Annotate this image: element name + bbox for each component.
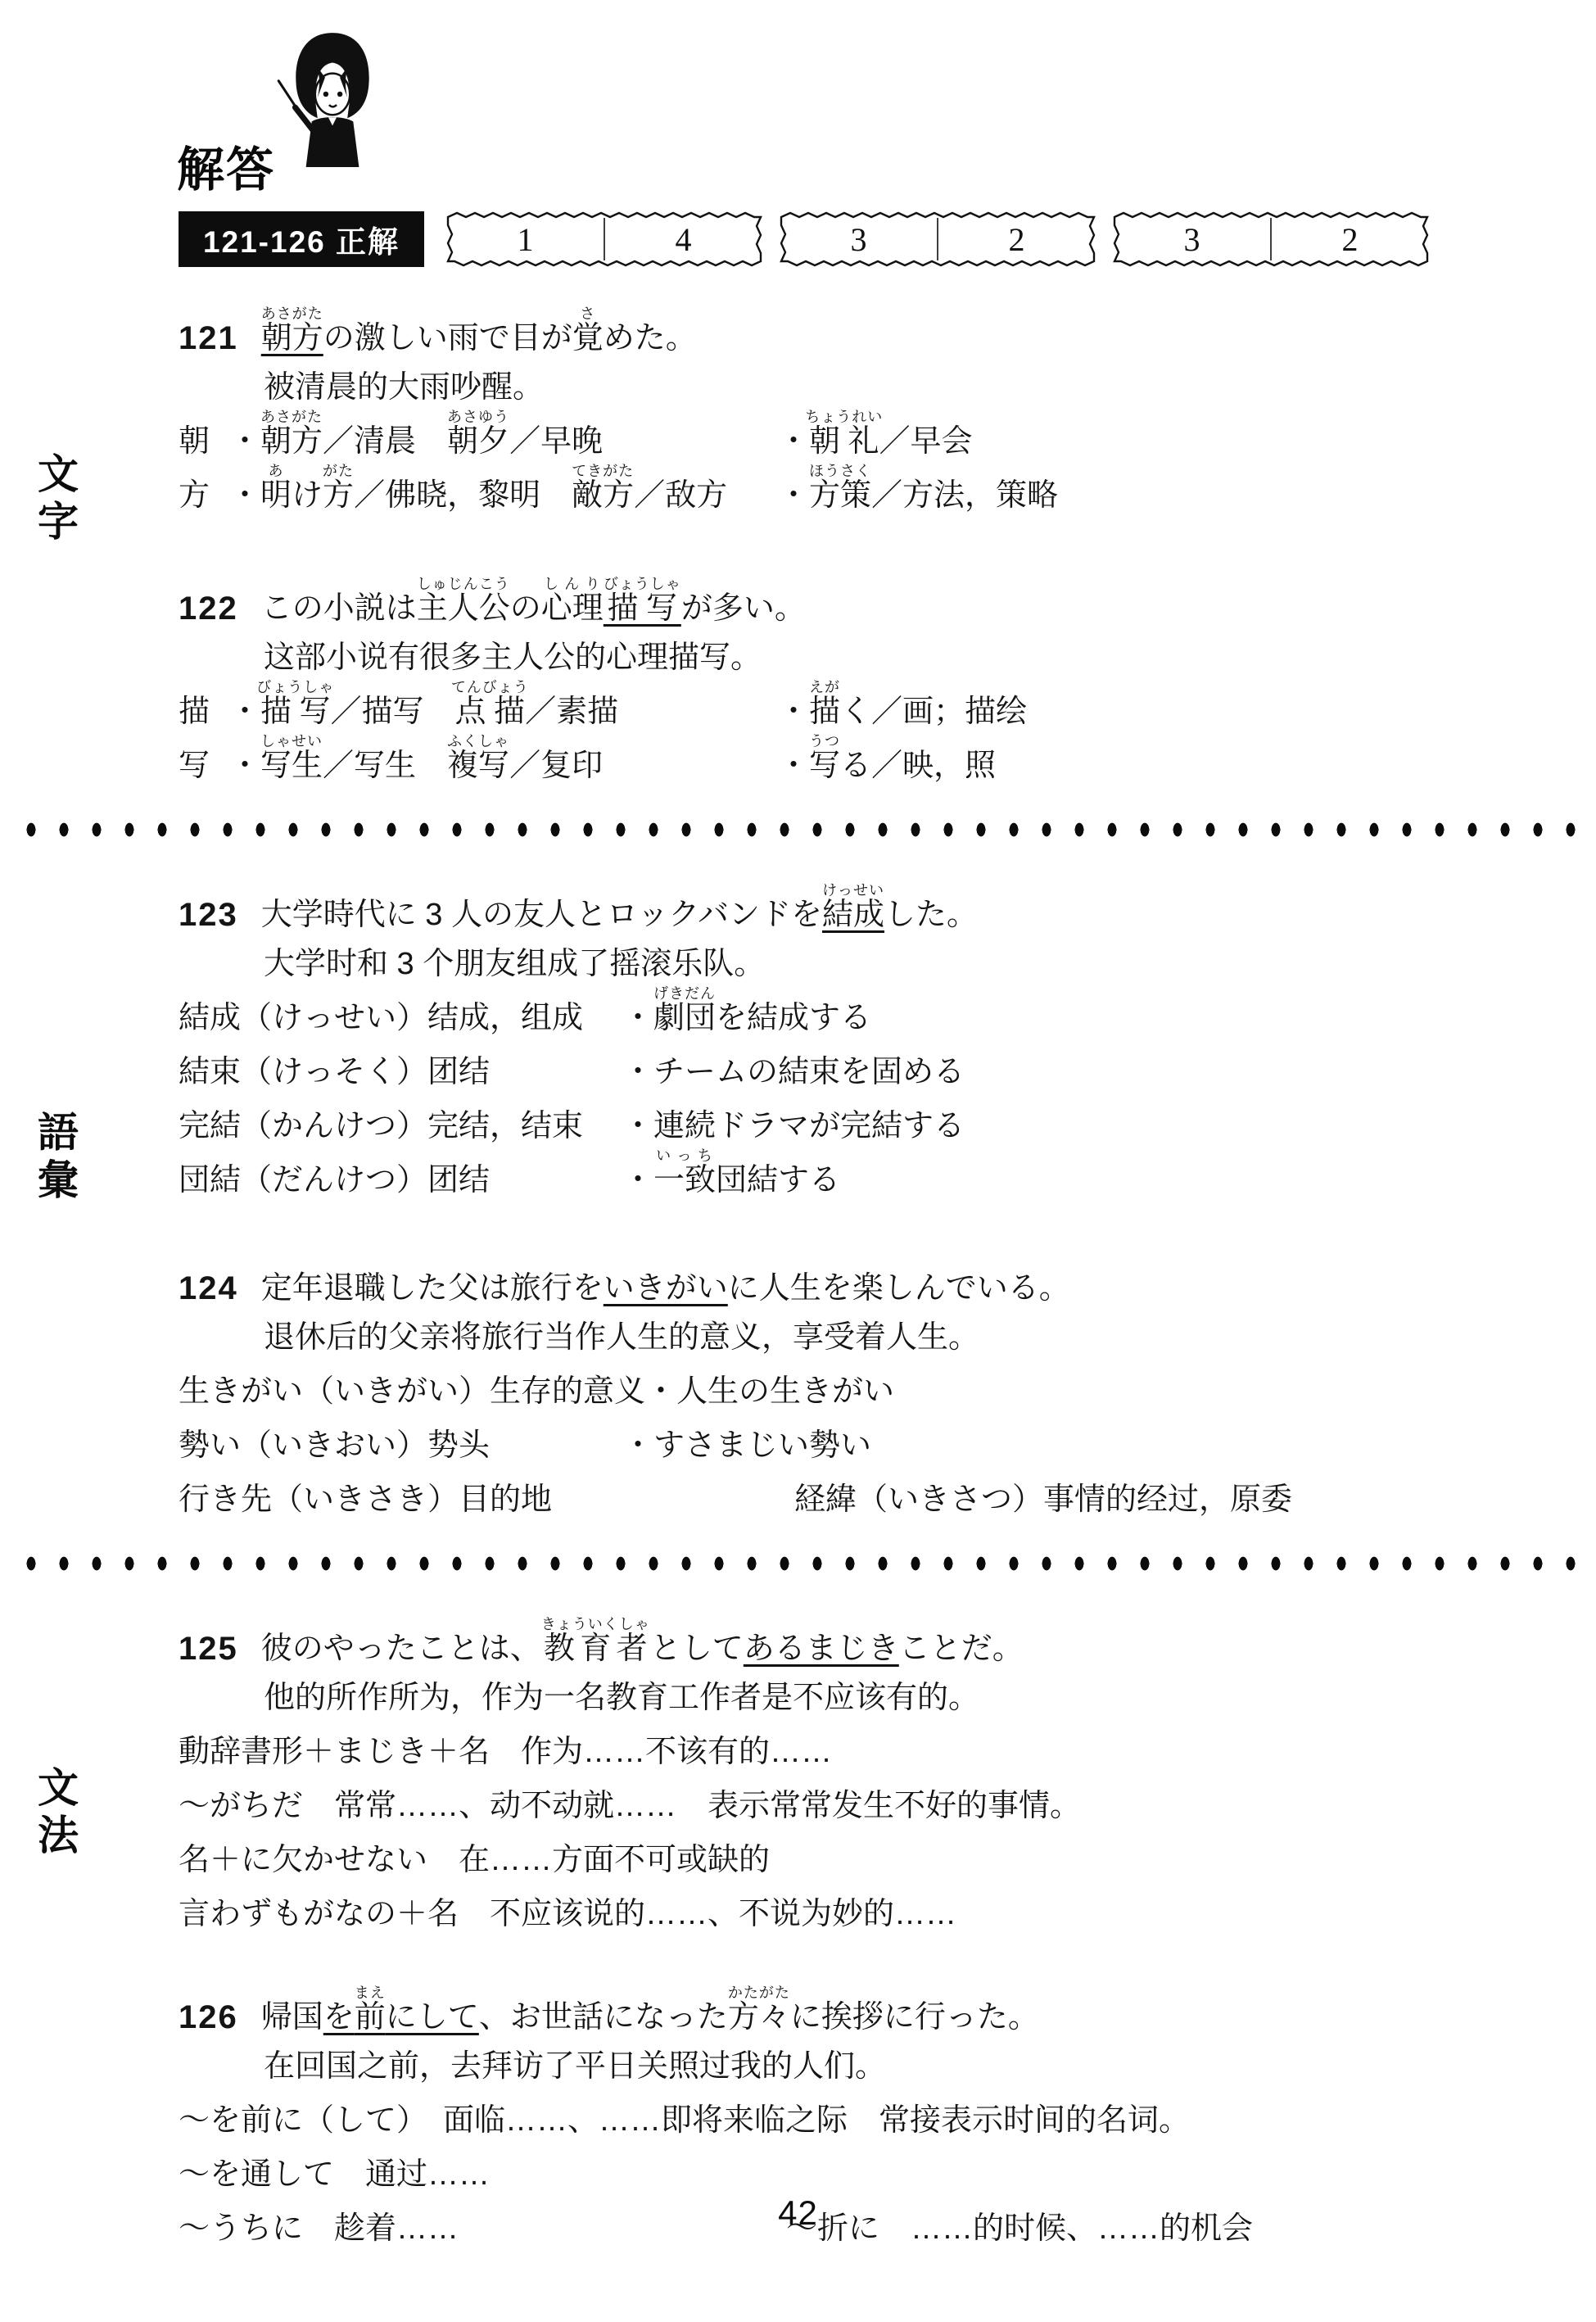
explanation-column: ・朝礼ちょうれい／早会: [778, 409, 973, 460]
explanation-row: 勢い（いきおい）势头・すさまじい勢い: [179, 1410, 1522, 1464]
explanation-column: ・描えがく／画；描绘: [778, 679, 1027, 731]
answer-item-121: 121朝方あさがたの激しい雨で目が覚さめた。被清晨的大雨吵醒。朝・朝方あさがた／…: [179, 290, 1522, 514]
text-segment: 団結する: [716, 1163, 840, 1197]
text-segment: ／佛晓，黎明: [354, 478, 572, 513]
ruby-annotated-word: 主人公しゅじんこう: [417, 576, 510, 627]
section-語彙: 123大学時代に 3 人の友人とロックバンドを結成けっせいした。大学时和 3 个…: [179, 867, 1522, 1519]
explanation-column: ・写うつる／映，照: [778, 733, 996, 785]
underlined-answer-word: 結成けっせい: [822, 882, 884, 934]
text-segment: ・: [229, 749, 260, 783]
ruby-annotated-word: 覚さ: [572, 306, 604, 357]
text-segment: ／敌方: [634, 478, 727, 513]
answer-item-122: 122この小説は主人公しゅじんこうの心理しんり 描写びょうしゃが多い。这部小说有…: [179, 560, 1522, 785]
explanation-row: 生きがい（いきがい）生存的意义・人生の生きがい: [179, 1356, 1522, 1410]
explanation-row: 描・描写びょうしゃ／描写 点描てんびょう／素描・描えがく／画；描绘: [179, 677, 1522, 731]
ruby-annotated-word: 結成けっせい: [822, 898, 884, 932]
underlined-answer-word: を: [323, 1991, 355, 2036]
text-segment: の激しい雨で目が: [323, 312, 572, 357]
answer-key-range-label: 121-126 正解: [179, 211, 424, 267]
text-segment: ・: [229, 478, 260, 513]
text-segment: 帰国: [261, 1991, 323, 2036]
explanation-column: 行き先（いきさき）目的地: [179, 1473, 794, 1519]
explanation-column: ・描写びょうしゃ／描写 点描てんびょう／素描: [229, 679, 778, 731]
text-segment: ～がちだ 常常……、动不动就…… 表示常常发生不好的事情。: [179, 1789, 1081, 1823]
text-segment: を: [323, 2000, 355, 2035]
chinese-translation: 被清晨的大雨吵醒。: [264, 357, 1522, 406]
text-segment: ことだ。: [899, 1623, 1024, 1668]
answer-item-124: 124定年退職した父は旅行をいきがいに人生を楽しんでいる。退休后的父亲将旅行当作…: [179, 1240, 1522, 1519]
ruby-annotated-word: 描えが: [809, 695, 840, 729]
explanation-column: 勢い（いきおい）势头: [179, 1419, 622, 1464]
text-segment: にして: [386, 2000, 479, 2035]
ruby-annotated-word: 描写びょうしゃ: [604, 591, 681, 626]
chinese-translation: 在回国之前，去拜访了平日关照过我的人们。: [264, 2036, 1522, 2085]
explanation-column: ・人生の生きがい: [645, 1365, 894, 1410]
text-segment: ／复印: [509, 749, 603, 783]
text-segment: ・: [622, 1001, 653, 1035]
sidebar-section-moji: 文字: [34, 452, 75, 547]
question-sentence: 126帰国を前まえにして、お世話になった方々かたがたに挨拶に行った。: [179, 1969, 1522, 2036]
answer-value: 2: [1271, 211, 1429, 267]
kanji-headword: 方: [179, 469, 218, 514]
text-segment: 経緯（いきさつ）事情的经过，原委: [794, 1482, 1292, 1517]
ruby-annotated-word: 点描てんびょう: [455, 695, 526, 729]
text-segment: ・: [229, 424, 260, 459]
explanation-column: 結成（けっせい）结成，组成: [179, 992, 622, 1037]
text-segment: いきがい: [604, 1271, 728, 1306]
answer-value: 2: [938, 211, 1096, 267]
text-segment: る／映，照: [840, 749, 996, 783]
explanation-column: 経緯（いきさつ）事情的经过，原委: [794, 1473, 1292, 1519]
pointing-teacher-girl-icon: [270, 28, 395, 177]
explanation-column: 動辞書形＋まじき＋名 作为……不该有的……: [179, 1726, 832, 1771]
chinese-translation: 大学时和 3 个朋友组成了摇滚乐队。: [264, 934, 1522, 983]
ruby-annotated-word: 明あ: [260, 478, 292, 513]
text-segment: を結成する: [716, 1001, 871, 1035]
ruby-annotated-word: 方々かたがた: [728, 1985, 790, 2036]
ruby-annotated-word: 方策ほうさく: [809, 478, 871, 513]
explanation-column: ・劇団げきだんを結成する: [622, 985, 871, 1037]
underlined-answer-word: 朝方あさがた: [261, 306, 323, 357]
question-sentence: 124定年退職した父は旅行をいきがいに人生を楽しんでいる。: [179, 1240, 1522, 1307]
section-文法: 125彼のやったことは、教育者きょういくしゃとしてあるまじきことだ。他的所作所为…: [179, 1600, 1522, 2247]
text-segment: 生きがい（いきがい）生存的意义: [179, 1374, 645, 1409]
answer-item-123: 123大学時代に 3 人の友人とロックバンドを結成けっせいした。大学时和 3 个…: [179, 867, 1522, 1199]
text-segment: 大学時代に 3 人の友人とロックバンドを: [261, 889, 822, 934]
explanation-column: ・明あけ方がた／佛晓，黎明 敵方てきがた／敌方: [229, 463, 778, 514]
answer-item-125: 125彼のやったことは、教育者きょういくしゃとしてあるまじきことだ。他的所作所为…: [179, 1600, 1522, 1933]
explanation-column: ・朝方あさがた／清晨 朝夕あさゆう／早晚: [229, 409, 778, 460]
ruby-annotated-word: 複写ふくしゃ: [447, 749, 509, 783]
kanji-headword: 描: [179, 686, 218, 731]
text-segment: 、お世話になった: [479, 1991, 728, 2036]
explanation-row: 名＋に欠かせない 在……方面不可或缺的: [179, 1825, 1522, 1879]
text-segment: 結束（けっそく）团结: [179, 1055, 490, 1089]
ruby-annotated-word: 描写びょうしゃ: [260, 695, 331, 729]
kanji-headword: 写: [179, 740, 218, 785]
text-segment: ／素描: [525, 695, 618, 729]
question-sentence: 122この小説は主人公しゅじんこうの心理しんり 描写びょうしゃが多い。: [179, 560, 1522, 627]
explanation-column: ・連続ドラマが完結する: [622, 1100, 965, 1145]
sidebar-section-bunpou: 文法: [34, 1766, 75, 1861]
answer-box: 14: [446, 211, 762, 267]
text-segment: ・連続ドラマが完結する: [622, 1109, 965, 1143]
underlined-answer-word: 描写びょうしゃ: [604, 576, 681, 627]
page-title: 解答: [177, 131, 275, 200]
explanation-row: ～がちだ 常常……、动不动就…… 表示常常发生不好的事情。: [179, 1771, 1522, 1825]
explanation-column: ・すさまじい勢い: [622, 1419, 871, 1464]
explanation-row: 行き先（いきさき）目的地経緯（いきさつ）事情的经过，原委: [179, 1464, 1522, 1519]
explanation-column: ～を前に（して） 面临……、……即将来临之际 常接表示时间的名词。: [179, 2094, 1190, 2139]
explanation-column: 言わずもがなの＋名 不应该说的……、不说为妙的……: [179, 1888, 956, 1933]
ruby-annotated-word: 心理しんり: [541, 576, 604, 627]
ruby-annotated-word: 教育者きょういくしゃ: [541, 1616, 650, 1668]
answer-box: 32: [780, 211, 1096, 267]
text-segment: この小説は: [261, 582, 417, 627]
explanation-column: ・チームの結束を固める: [622, 1046, 965, 1091]
ruby-annotated-word: 敵方てきがた: [572, 478, 634, 513]
text-segment: ・人生の生きがい: [645, 1374, 894, 1409]
text-segment: ／写生: [323, 749, 447, 783]
ruby-annotated-word: 前まえ: [355, 2000, 386, 2035]
text-segment: ／早会: [879, 424, 973, 459]
explanation-column: ・一致いっち団結する: [622, 1147, 840, 1199]
text-segment: 定年退職した父は旅行を: [261, 1262, 604, 1307]
chinese-translation: 退休后的父亲将旅行当作人生的意义，享受着人生。: [264, 1307, 1522, 1356]
text-segment: が多い。: [681, 582, 806, 627]
text-segment: ／早晚: [509, 424, 603, 459]
text-segment: ・: [778, 695, 809, 729]
explanation-row: 動辞書形＋まじき＋名 作为……不该有的……: [179, 1717, 1522, 1771]
answer-value: 4: [604, 211, 762, 267]
dotted-divider: [15, 822, 1587, 837]
explanation-column: 結束（けっそく）团结: [179, 1046, 622, 1091]
text-segment: 行き先（いきさき）目的地: [179, 1482, 552, 1517]
explanation-row: 完結（かんけつ）完结，结束・連続ドラマが完結する: [179, 1091, 1522, 1145]
text-segment: ～を通して 通过……: [179, 2157, 490, 2192]
page-number: 42: [0, 2193, 1596, 2233]
text-segment: 勢い（いきおい）势头: [179, 1428, 490, 1463]
answer-value: 3: [780, 211, 938, 267]
question-number: 122: [179, 591, 238, 627]
explanation-column: 完結（かんけつ）完结，结束: [179, 1100, 622, 1145]
page-header: 解答 121-126 正解 143232: [0, 0, 1596, 278]
text-segment: に挨拶に行った。: [790, 1991, 1039, 2036]
text-segment: として: [650, 1623, 744, 1668]
text-segment: ～を前に（して） 面临……、……即将来临之际 常接表示时间的名词。: [179, 2103, 1190, 2138]
ruby-annotated-word: 方がた: [323, 478, 354, 513]
explanation-column: 名＋に欠かせない 在……方面不可或缺的: [179, 1834, 770, 1879]
explanation-row: 団結（だんけつ）团结・一致いっち団結する: [179, 1145, 1522, 1199]
question-number: 121: [179, 320, 238, 357]
text-segment: ・: [778, 478, 809, 513]
explanation-row: 結束（けっそく）团结・チームの結束を固める: [179, 1037, 1522, 1091]
underlined-answer-word: あるまじき: [744, 1623, 899, 1668]
text-segment: ・: [622, 1163, 653, 1197]
text-segment: の: [510, 582, 541, 627]
explanation-column: ・写生しゃせい／写生 複写ふくしゃ／复印: [229, 733, 778, 785]
ruby-annotated-word: 写うつ: [809, 749, 840, 783]
text-segment: ・すさまじい勢い: [622, 1428, 871, 1463]
text-segment: ／方法，策略: [871, 478, 1058, 513]
question-number: 125: [179, 1631, 238, 1668]
explanation-row: 写・写生しゃせい／写生 複写ふくしゃ／复印・写うつる／映，照: [179, 731, 1522, 785]
question-sentence: 121朝方あさがたの激しい雨で目が覚さめた。: [179, 290, 1522, 357]
text-segment: く／画；描绘: [840, 695, 1027, 729]
explanation-row: ～を前に（して） 面临……、……即将来临之际 常接表示时间的名词。: [179, 2085, 1522, 2139]
text-segment: に人生を楽しんでいる。: [728, 1262, 1070, 1307]
underlined-answer-word: にして: [386, 1991, 479, 2036]
text-segment: あるまじき: [744, 1632, 899, 1666]
question-number: 124: [179, 1270, 238, 1307]
ruby-annotated-word: 朝方あさがた: [260, 424, 323, 459]
text-segment: 結成（けっせい）结成，组成: [179, 1001, 583, 1035]
explanation-row: 言わずもがなの＋名 不应该说的……、不说为妙的……: [179, 1879, 1522, 1933]
explanation-row: 方・明あけ方がた／佛晓，黎明 敵方てきがた／敌方・方策ほうさく／方法，策略: [179, 460, 1522, 514]
chinese-translation: 他的所作所为，作为一名教育工作者是不应该有的。: [264, 1668, 1522, 1717]
text-segment: 完結（かんけつ）完结，结束: [179, 1109, 583, 1143]
text-segment: ・: [778, 749, 809, 783]
ruby-annotated-word: 写生しゃせい: [260, 749, 323, 783]
section-文字: 121朝方あさがたの激しい雨で目が覚さめた。被清晨的大雨吵醒。朝・朝方あさがた／…: [179, 290, 1522, 785]
text-segment: け: [292, 478, 323, 513]
ruby-annotated-word: 劇団げきだん: [653, 1001, 716, 1035]
explanation-row: 朝・朝方あさがた／清晨 朝夕あさゆう／早晚・朝礼ちょうれい／早会: [179, 406, 1522, 460]
ruby-annotated-word: 朝夕あさゆう: [447, 424, 509, 459]
question-sentence: 123大学時代に 3 人の友人とロックバンドを結成けっせいした。: [179, 867, 1522, 934]
question-sentence: 125彼のやったことは、教育者きょういくしゃとしてあるまじきことだ。: [179, 1600, 1522, 1668]
dotted-divider: [15, 1556, 1587, 1571]
kanji-headword: 朝: [179, 415, 218, 460]
text-segment: 言わずもがなの＋名 不应该说的……、不说为妙的……: [179, 1897, 956, 1931]
chinese-translation: 这部小说有很多主人公的心理描写。: [264, 627, 1522, 677]
text-segment: ／清晨: [323, 424, 447, 459]
text-segment: した。: [884, 889, 978, 934]
answer-value: 1: [446, 211, 604, 267]
explanation-column: ～を通して 通过……: [179, 2148, 490, 2193]
underlined-answer-word: 前まえ: [355, 1985, 386, 2036]
sidebar-section-goi: 語彙: [34, 1111, 75, 1206]
answer-box: 32: [1113, 211, 1429, 267]
ruby-annotated-word: 一致いっち: [653, 1163, 716, 1197]
explanation-column: 団結（だんけつ）团结: [179, 1154, 622, 1199]
text-segment: めた。: [604, 312, 697, 357]
answer-explanations: 121朝方あさがたの激しい雨で目が覚さめた。被清晨的大雨吵醒。朝・朝方あさがた／…: [179, 290, 1522, 2247]
explanation-row: ～を通して 通过……: [179, 2139, 1522, 2193]
textbook-answer-page: 文字 語彙 文法 解答 121-126 正解 143232 121朝方あさがたの…: [0, 0, 1596, 2322]
explanation-column: ・方策ほうさく／方法，策略: [778, 463, 1058, 514]
text-segment: ・チームの結束を固める: [622, 1055, 965, 1089]
underlined-answer-word: いきがい: [604, 1262, 728, 1307]
explanation-column: 生きがい（いきがい）生存的意义: [179, 1365, 645, 1410]
answer-value: 3: [1113, 211, 1271, 267]
ruby-annotated-word: 朝礼ちょうれい: [809, 424, 879, 459]
text-segment: 彼のやったことは、: [261, 1623, 541, 1668]
text-segment: 団結（だんけつ）团结: [179, 1163, 490, 1197]
text-segment: 動辞書形＋まじき＋名 作为……不该有的……: [179, 1735, 832, 1769]
text-segment: 名＋に欠かせない 在……方面不可或缺的: [179, 1843, 770, 1877]
question-number: 123: [179, 897, 238, 934]
explanation-column: ～がちだ 常常……、动不动就…… 表示常常发生不好的事情。: [179, 1780, 1081, 1825]
ruby-annotated-word: 朝方あさがた: [261, 321, 323, 355]
explanation-row: 結成（けっせい）结成，组成・劇団げきだんを結成する: [179, 983, 1522, 1037]
text-segment: ／描写: [331, 695, 455, 729]
question-number: 126: [179, 1999, 238, 2036]
